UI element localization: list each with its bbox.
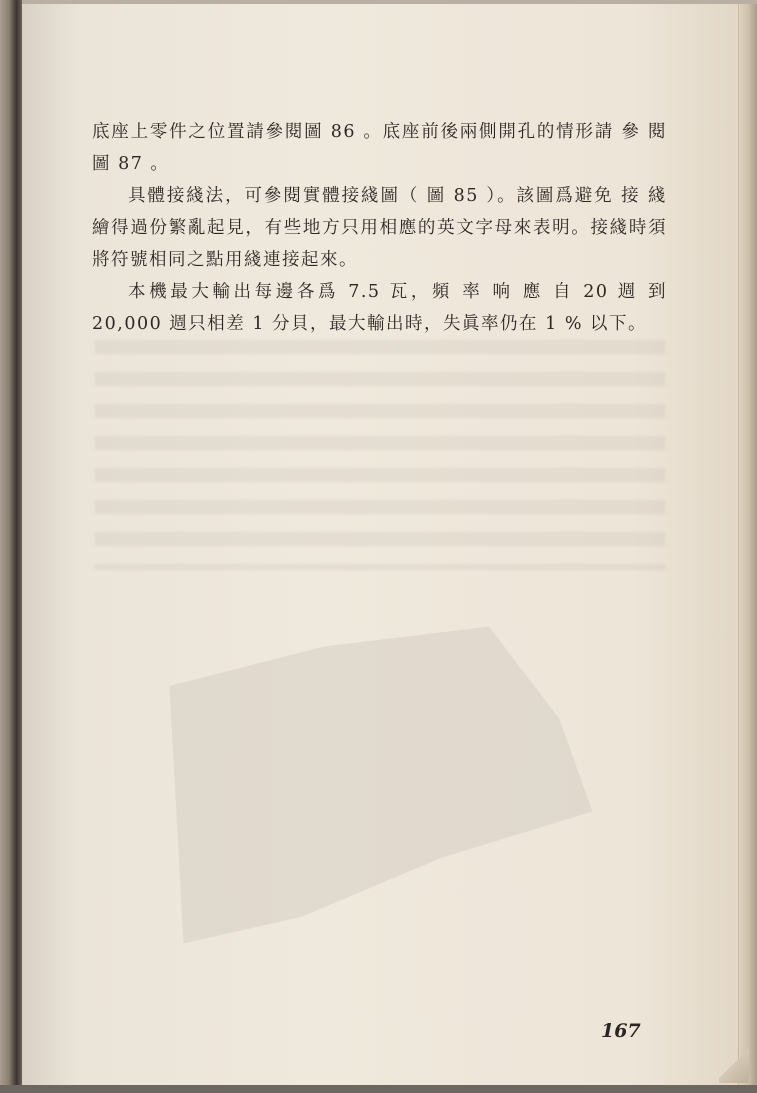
- paragraph-1: 底座上零件之位置請參閱圖 86 。底座前後兩側開孔的情形請 參 閱圖 87 。: [92, 116, 667, 180]
- show-through-text: [95, 340, 665, 570]
- page-body: 底座上零件之位置請參閱圖 86 。底座前後兩側開孔的情形請 參 閱圖 87 。 …: [92, 116, 667, 340]
- paragraph-3: 本機最大輸出每邊各爲 7.5 瓦，頻 率 响 應 自 20 週 到 20,000…: [92, 276, 667, 340]
- page-edge-stack: [738, 4, 757, 1086]
- page-corner-fold: [719, 1043, 749, 1083]
- scan-bottom-edge: [0, 1085, 757, 1093]
- page-number: 167: [601, 1020, 641, 1042]
- book-spine-shadow: [0, 0, 22, 1093]
- paragraph-2: 具體接綫法，可參閱實體接綫圖（ 圖 85 ）。該圖爲避免 接 綫繪得過份繁亂起見…: [92, 180, 667, 276]
